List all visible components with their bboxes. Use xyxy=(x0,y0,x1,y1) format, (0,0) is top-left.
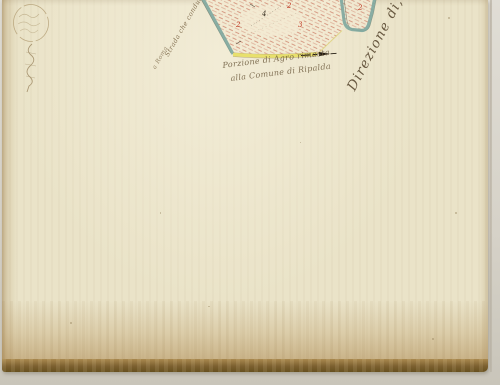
paper-speck xyxy=(70,322,72,324)
plot-number-red: 3 xyxy=(298,21,303,29)
paper-speck xyxy=(455,212,457,214)
plot-number-red: 2 xyxy=(286,2,292,10)
plot-number-red: 2 xyxy=(235,21,241,29)
paper-speck xyxy=(160,212,161,214)
map-fragment: 2 3 2 2 4 xyxy=(200,0,376,58)
paper-speck xyxy=(208,306,210,307)
plot-number-red: 2 xyxy=(357,4,363,12)
paper-aging-band xyxy=(2,301,488,359)
paper-speck xyxy=(300,142,301,143)
scan-background: 2 3 2 2 4 Strada che conduce a Roma Porz… xyxy=(0,0,500,385)
measure-number: 4 xyxy=(261,10,266,18)
paper-bottom-edge xyxy=(2,359,488,372)
paper-speck xyxy=(448,17,450,19)
archive-stamp-icon xyxy=(11,2,51,44)
ink-flourish-icon xyxy=(25,44,36,92)
paper-speck xyxy=(432,338,434,340)
parcel-clearing xyxy=(240,6,304,36)
stamp-area xyxy=(6,2,54,98)
